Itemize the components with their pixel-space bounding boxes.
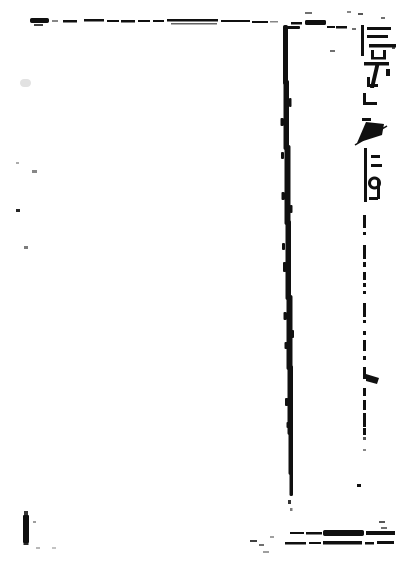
right-lower-specks	[357, 484, 385, 523]
right-edge-dashed-rule	[363, 215, 379, 451]
scanned-page	[0, 0, 398, 567]
stray-specks-left	[16, 79, 37, 249]
scan-artwork	[0, 0, 398, 567]
top-border-rule-left	[30, 18, 278, 26]
right-edge-ink-wedge	[355, 118, 387, 145]
center-fold-line	[281, 25, 301, 511]
right-edge-glyph-fragment-a	[361, 25, 396, 60]
right-edge-glyph-fragment-b	[364, 62, 390, 88]
right-edge-glyph-fragment-e	[364, 148, 382, 202]
bottom-left-ink-bar	[23, 511, 56, 549]
bottom-border-rule	[250, 527, 395, 553]
right-edge-glyph-fragment-c	[363, 93, 377, 105]
